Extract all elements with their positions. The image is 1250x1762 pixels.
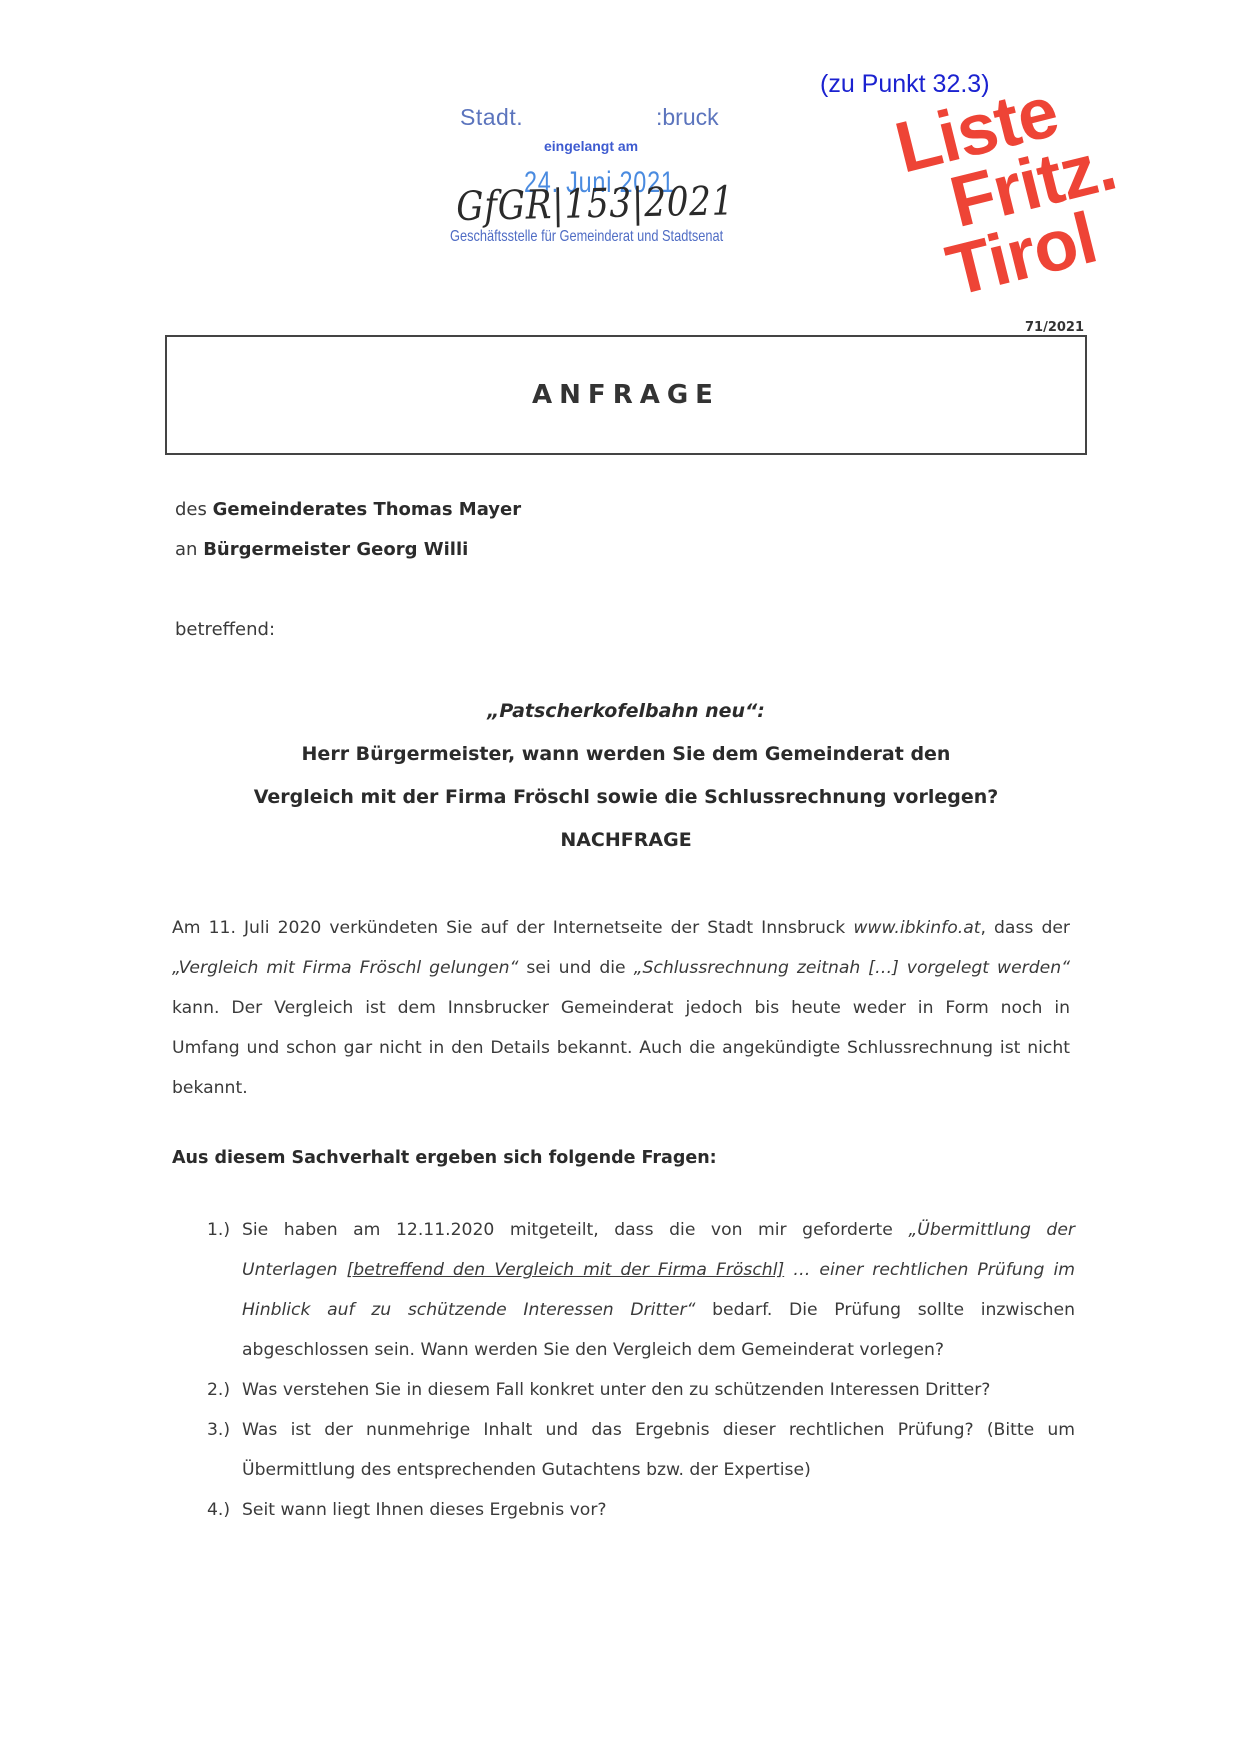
sender-name: Gemeinderates Thomas Mayer xyxy=(213,499,522,520)
quote: „Übermittlung der xyxy=(908,1220,1075,1240)
regarding-label: betreffend: xyxy=(175,619,275,640)
subject-followup-label: NACHFRAGE xyxy=(165,829,1087,851)
quote: … einer rechtlichen Prüfung im xyxy=(784,1260,1075,1280)
body-line: „Vergleich mit Firma Fröschl gelungen“ s… xyxy=(172,948,1070,988)
question-item: 4.) Seit wann liegt Ihnen dieses Ergebni… xyxy=(207,1490,1075,1530)
subject-topic: „Patscherkofelbahn neu“: xyxy=(165,700,1087,722)
question-line: Sie haben am 12.11.2020 mitgeteilt, dass… xyxy=(207,1210,1075,1250)
received-stamp: Stadt. :bruck eingelangt am 24. Juni 202… xyxy=(440,100,760,260)
question-text: bedarf. Die Prüfung sollte inzwischen xyxy=(695,1300,1075,1320)
question-line: abgeschlossen sein. Wann werden Sie den … xyxy=(207,1330,1075,1370)
body-line: bekannt. xyxy=(172,1068,1070,1108)
questions-heading: Aus diesem Sachverhalt ergeben sich folg… xyxy=(172,1148,717,1168)
body-text: sei und die xyxy=(518,958,633,978)
subject-question-line-1: Herr Bürgermeister, wann werden Sie dem … xyxy=(165,743,1087,765)
title-box: ANFRAGE xyxy=(165,335,1087,455)
stamp-office: Geschäftsstelle für Gemeinderat und Stad… xyxy=(450,228,723,246)
body-text: Am 11. Juli 2020 verkündeten Sie auf der… xyxy=(172,918,845,938)
body-line: Umfang und schon gar nicht in den Detail… xyxy=(172,1028,1070,1068)
question-item: 2.) Was verstehen Sie in diesem Fall kon… xyxy=(207,1370,1075,1410)
question-line: Was verstehen Sie in diesem Fall konkret… xyxy=(207,1370,1075,1410)
question-text: Sie haben am 12.11.2020 mitgeteilt, dass… xyxy=(242,1220,908,1240)
body-paragraph: Am 11. Juli 2020 verkündeten Sie auf der… xyxy=(172,908,1070,1108)
sender-line: des Gemeinderates Thomas Mayer xyxy=(175,499,521,520)
question-number: 4.) xyxy=(207,1490,230,1530)
document-title: ANFRAGE xyxy=(167,380,1085,410)
question-line: Unterlagen [betreffend den Vergleich mit… xyxy=(207,1250,1075,1290)
recipient-line: an Bürgermeister Georg Willi xyxy=(175,539,468,560)
question-line: Seit wann liegt Ihnen dieses Ergebnis vo… xyxy=(207,1490,1075,1530)
sender-prefix: des xyxy=(175,499,207,520)
question-number: 1.) xyxy=(207,1210,230,1250)
underlined-insert: [betreffend den Vergleich mit der Firma … xyxy=(347,1260,785,1280)
stamp-city-right: :bruck xyxy=(656,104,719,131)
question-number: 2.) xyxy=(207,1370,230,1410)
recipient-prefix: an xyxy=(175,539,197,560)
stamp-handwritten-reference: GfGR|153|2021 xyxy=(456,178,735,230)
question-line: Hinblick auf zu schützende Interessen Dr… xyxy=(207,1290,1075,1330)
body-text: , dass der xyxy=(980,918,1070,938)
body-line: Am 11. Juli 2020 verkündeten Sie auf der… xyxy=(172,908,1070,948)
question-line: Was ist der nunmehrige Inhalt und das Er… xyxy=(207,1410,1075,1450)
question-number: 3.) xyxy=(207,1410,230,1450)
quote: Hinblick auf zu schützende Interessen Dr… xyxy=(242,1300,695,1320)
stamp-received-label: eingelangt am xyxy=(544,138,638,154)
quote: „Schlussrechnung zeitnah […] vorgelegt w… xyxy=(634,958,1070,978)
recipient-name: Bürgermeister Georg Willi xyxy=(203,539,468,560)
website-link: www.ibkinfo.at xyxy=(853,918,980,938)
question-line: Übermittlung des entsprechenden Gutachte… xyxy=(207,1450,1075,1490)
body-line: kann. Der Vergleich ist dem Innsbrucker … xyxy=(172,988,1070,1028)
party-logo: Liste Fritz. Tirol xyxy=(890,58,1198,344)
question-item: 3.) Was ist der nunmehrige Inhalt und da… xyxy=(207,1410,1075,1490)
document-page: Stadt. :bruck eingelangt am 24. Juni 202… xyxy=(0,0,1250,1762)
quote: Unterlagen xyxy=(242,1260,347,1280)
quote: „Vergleich mit Firma Fröschl gelungen“ xyxy=(172,958,518,978)
document-number: 71/2021 xyxy=(1025,320,1084,335)
question-item: 1.) Sie haben am 12.11.2020 mitgeteilt, … xyxy=(207,1210,1075,1370)
stamp-city-left: Stadt. xyxy=(460,104,523,131)
subject-question-line-2: Vergleich mit der Firma Fröschl sowie di… xyxy=(165,786,1087,808)
